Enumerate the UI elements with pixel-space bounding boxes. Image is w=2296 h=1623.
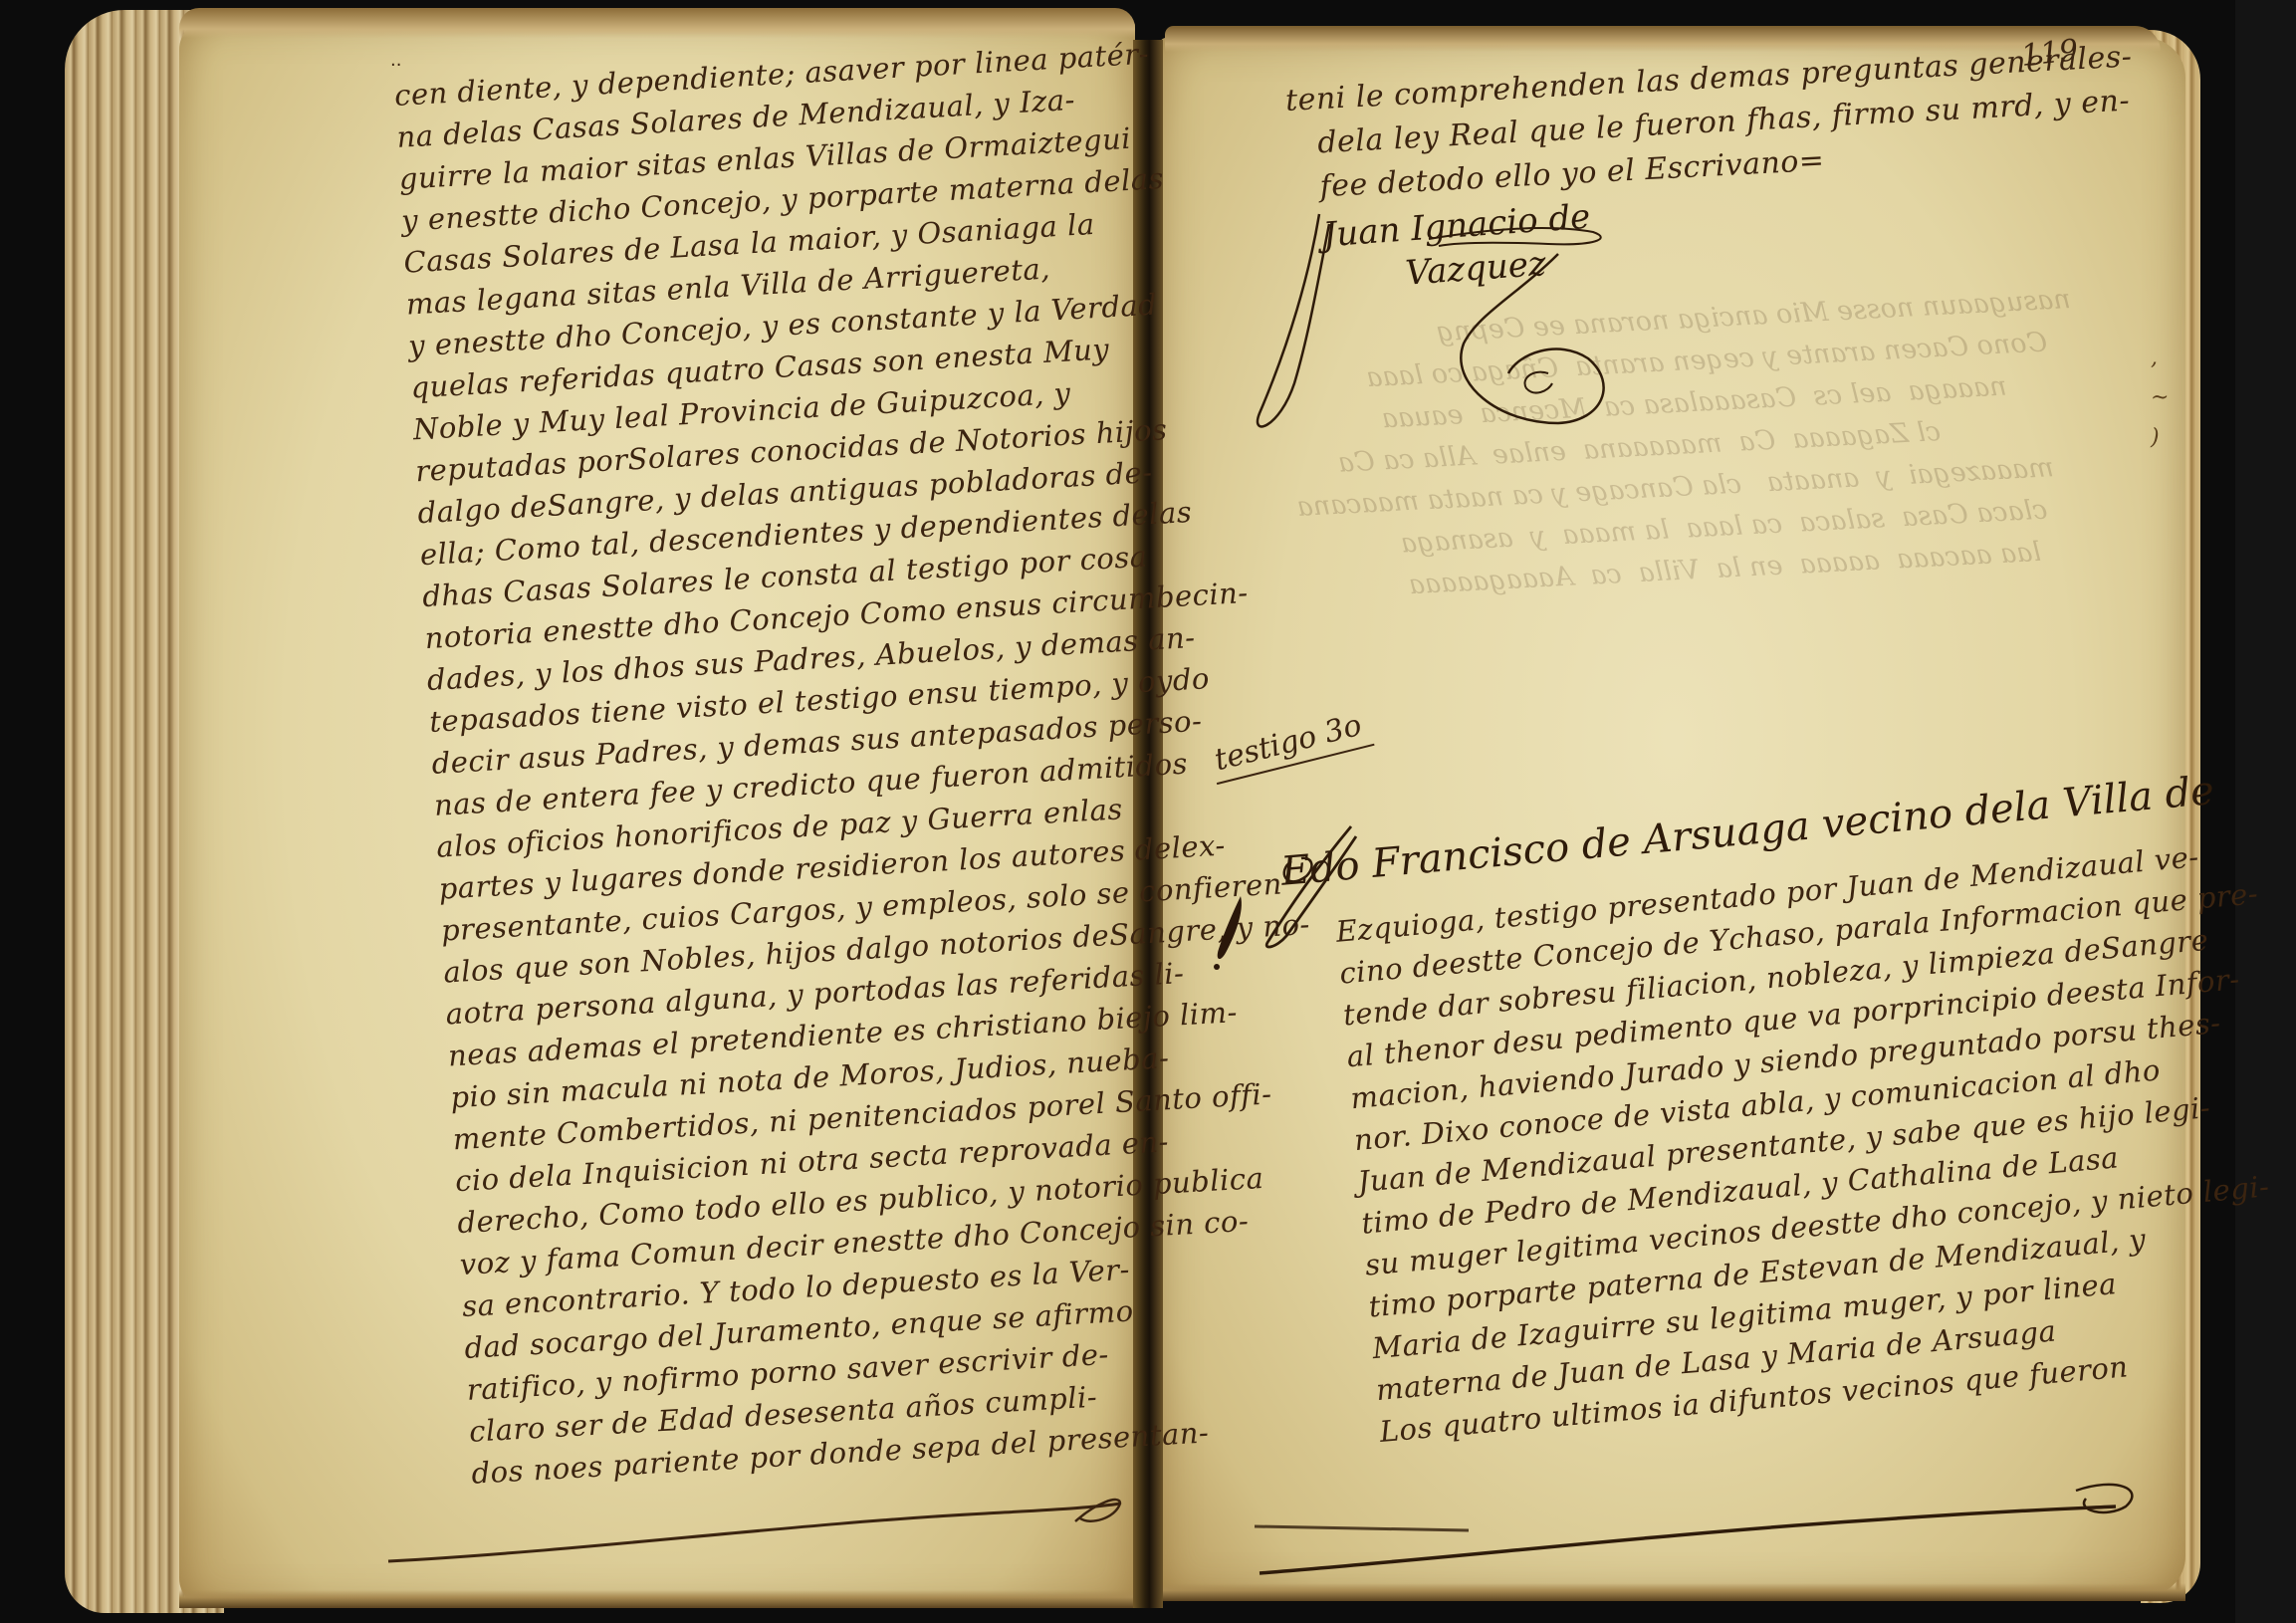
left-page-bottom-edge — [179, 1590, 1135, 1608]
testimony-text: Ezquioga, testigo presentado por Juan de… — [1334, 839, 2204, 1453]
ink-drop-icon — [1213, 891, 1247, 971]
corner-marks: .. — [390, 50, 401, 71]
flourish-line-icon — [1250, 1449, 2185, 1588]
rubric-icon — [1250, 184, 1688, 443]
manuscript-photo: nasugaaun nosse Mio anciga norana ee Cep… — [0, 0, 2296, 1623]
left-page-top-edge — [179, 8, 1135, 38]
flourish-line-icon — [378, 1464, 1135, 1573]
left-page-text: cen diente, y dependiente; asaver por li… — [393, 34, 1199, 1495]
margin-pencil-marks: ,~) — [2151, 339, 2169, 458]
